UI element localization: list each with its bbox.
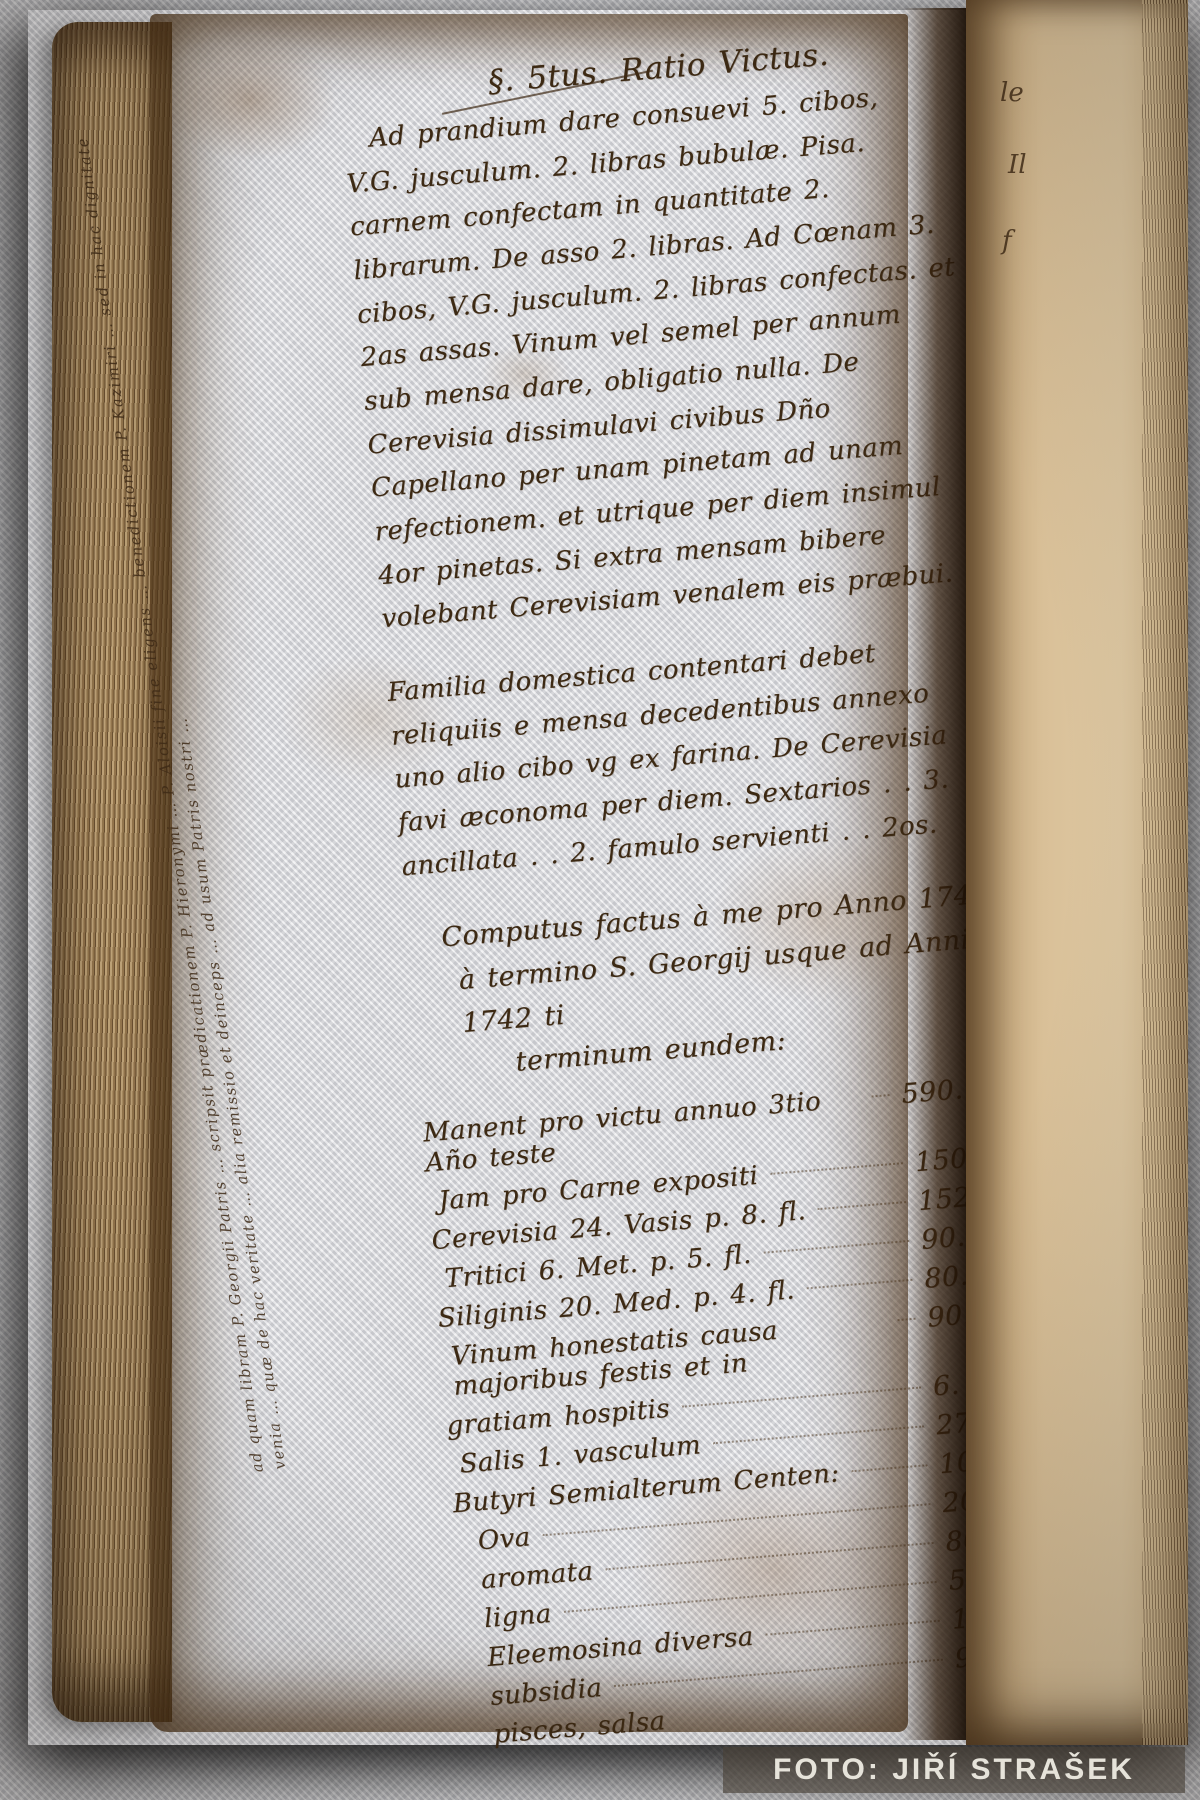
dotted-leader bbox=[713, 1426, 924, 1445]
photo-credit-watermark: FOTO: JIŘÍ STRAŠEK bbox=[723, 1747, 1185, 1793]
handwriting-fragment: f bbox=[1002, 226, 1012, 256]
account-row-label: ligna bbox=[483, 1599, 553, 1634]
left-manuscript-page: ad quam libram P. Georgii Patris … scrip… bbox=[150, 14, 908, 1732]
dotted-leader bbox=[614, 1659, 943, 1687]
photo-scene: ad quam libram P. Georgii Patris … scrip… bbox=[0, 0, 1200, 1800]
paragraph-prandium: Ad prandium dare consuevi 5. cibos, V.G.… bbox=[342, 72, 982, 642]
dotted-leader bbox=[770, 1162, 903, 1175]
right-page-edge: leIlf bbox=[966, 0, 1188, 1745]
dotted-leader bbox=[818, 1201, 907, 1210]
dotted-leader bbox=[682, 1387, 921, 1408]
right-fore-edge bbox=[1142, 0, 1188, 1745]
handwriting-fragment: Il bbox=[1008, 150, 1027, 180]
handwriting-fragment: le bbox=[1000, 78, 1024, 108]
dotted-leader bbox=[563, 1581, 936, 1613]
dotted-leader bbox=[872, 1094, 890, 1097]
account-row-label: Ova bbox=[477, 1522, 532, 1556]
dotted-leader bbox=[763, 1240, 909, 1254]
account-row-label: aromata bbox=[480, 1557, 595, 1596]
book-gutter-shadow bbox=[902, 8, 966, 1740]
dotted-leader bbox=[542, 1503, 930, 1536]
account-row-label: subsidia bbox=[489, 1673, 603, 1712]
dotted-leader bbox=[605, 1542, 934, 1570]
dotted-leader bbox=[806, 1279, 912, 1290]
ink-stain bbox=[160, 34, 340, 164]
account-row-label: pisces, salsa bbox=[492, 1706, 666, 1750]
